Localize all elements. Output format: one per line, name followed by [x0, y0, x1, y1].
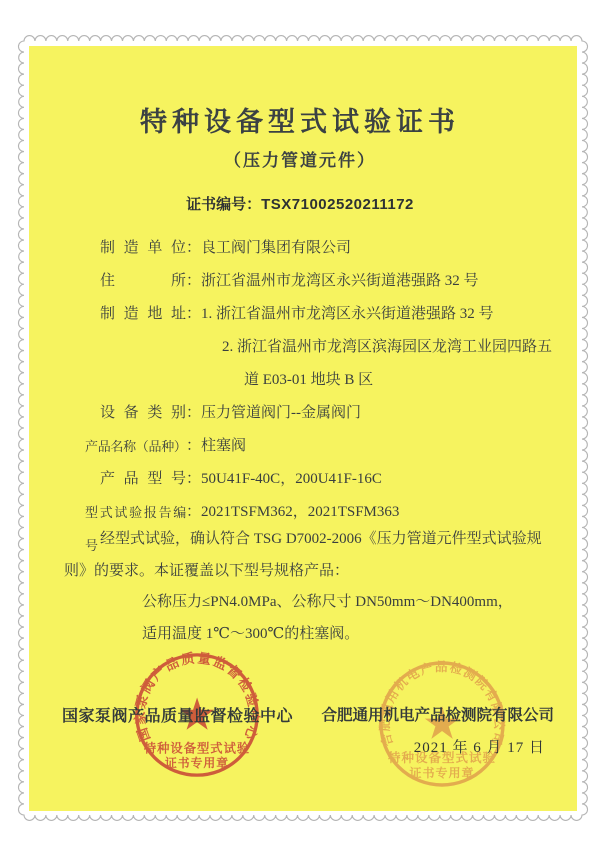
info-value-line: 良工阀门集团有限公司 — [201, 232, 572, 265]
info-value-line: 柱塞阀 — [201, 430, 572, 463]
approval-statement: 经型式试验，确认符合 TSG D7002-2006《压力管道元件型式试验规则》的… — [64, 524, 546, 650]
info-row: 制造单位：良工阀门集团有限公司 — [85, 232, 572, 265]
info-value-line: 浙江省温州市龙湾区永兴街道港强路 32 号 — [201, 265, 572, 298]
statement-line: 适用温度 1℃～300℃的柱塞阀。 — [142, 619, 546, 651]
info-label: 产品型号 — [100, 463, 186, 496]
info-row: 制造地址：1. 浙江省温州市龙湾区永兴街道港强路 32 号2. 浙江省温州市龙湾… — [85, 298, 572, 397]
info-table: 制造单位：良工阀门集团有限公司住所：浙江省温州市龙湾区永兴街道港强路 32 号制… — [85, 232, 572, 562]
certificate-page: 国家泵阀产品质量监督检验中心 ★ 特种设备型式试验 证书专用章 合肥通用机电产品… — [0, 0, 600, 850]
info-row: 产品名称（品种）：柱塞阀 — [85, 430, 572, 463]
certificate-title: 特种设备型式试验证书 — [0, 100, 600, 139]
info-colon: ： — [186, 232, 201, 265]
stamp-line2: 证书专用章 — [165, 756, 229, 770]
certificate-number-label: 证书编号： — [186, 197, 261, 213]
info-label: 制造地址 — [100, 298, 186, 331]
stamp-line2: 证书专用章 — [409, 765, 474, 780]
info-value: 浙江省温州市龙湾区永兴街道港强路 32 号 — [201, 265, 572, 298]
info-value: 柱塞阀 — [201, 430, 572, 463]
issuer-row: 国家泵阀产品质量监督检验中心合肥通用机电产品检测院有限公司 — [62, 703, 554, 726]
certificate-number-line: 证书编号：TSX71002520211172 — [0, 193, 600, 214]
info-colon: ： — [186, 430, 201, 463]
info-colon: ： — [186, 463, 201, 496]
info-value: 1. 浙江省温州市龙湾区永兴街道港强路 32 号2. 浙江省温州市龙湾区滨海园区… — [201, 298, 572, 397]
issuer-name: 国家泵阀产品质量监督检验中心 — [62, 703, 293, 726]
info-value-line: 压力管道阀门--金属阀门 — [201, 397, 572, 430]
info-colon: ： — [186, 265, 201, 298]
info-row: 设备类别：压力管道阀门--金属阀门 — [85, 397, 572, 430]
info-row: 住所：浙江省温州市龙湾区永兴街道港强路 32 号 — [85, 265, 572, 298]
info-row: 产品型号：50U41F-40C，200U41F-16C — [85, 463, 572, 496]
info-value-line: 2. 浙江省温州市龙湾区滨海园区龙湾工业园四路五 — [222, 331, 572, 364]
certificate-number-value: TSX71002520211172 — [261, 196, 414, 213]
info-label: 制造单位 — [100, 232, 186, 265]
info-value-line: 50U41F-40C，200U41F-16C — [201, 463, 572, 496]
info-colon: ： — [186, 397, 201, 430]
info-value-line: 道 E03-01 地块 B 区 — [244, 364, 572, 397]
statement-line: 公称压力≤PN4.0MPa、公称尺寸 DN50mm～DN400mm， — [142, 587, 546, 619]
stamp-line1: 特种设备型式试验 — [144, 740, 250, 755]
info-value: 50U41F-40C，200U41F-16C — [201, 463, 572, 496]
info-label: 设备类别 — [100, 397, 186, 430]
info-value-line: 1. 浙江省温州市龙湾区永兴街道港强路 32 号 — [201, 298, 572, 331]
issue-date: 2021 年 6 月 17 日 — [414, 736, 545, 757]
certificate-subtitle: （压力管道元件） — [0, 146, 600, 171]
statement-line: 经型式试验，确认符合 TSG D7002-2006《压力管道元件型式试验规则》的… — [64, 524, 546, 587]
info-colon: ： — [186, 298, 201, 331]
info-value: 良工阀门集团有限公司 — [201, 232, 572, 265]
info-label: 产品名称（品种） — [85, 430, 186, 463]
info-label: 住所 — [100, 265, 186, 298]
issuer-name: 合肥通用机电产品检测院有限公司 — [321, 703, 554, 726]
info-value: 压力管道阀门--金属阀门 — [201, 397, 572, 430]
